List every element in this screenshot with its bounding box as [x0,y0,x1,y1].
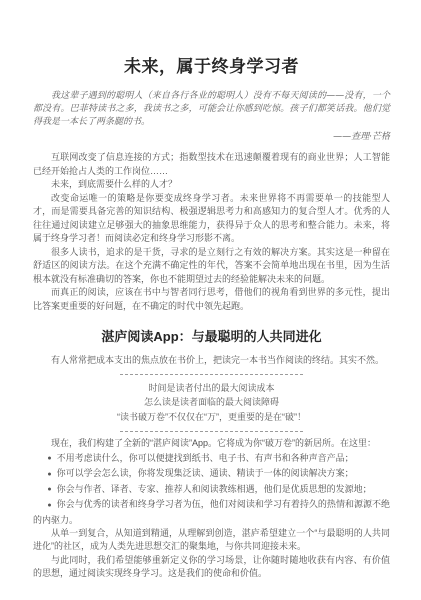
body-paragraph: 而真正的阅读，应该在书中与智者同行思考，借他们的视角看到世界的多元性，提出比答案… [33,286,390,313]
list-item-text: 你会与作者、译者、专家、推荐人和阅读教练相遇，他们是优质思想的发源地； [57,484,372,494]
section-lead-paragraph: 有人常常把成本支出的焦点放在书价上，把读完一本书当作阅读的终结。其实不然。 [33,354,390,368]
bullet-icon: ● [47,502,51,509]
slogan-line: “读书破万卷”不仅仅在“万”，更重要的是在“破”！ [33,410,390,425]
closing-paragraph: 与此同时，我们希望能够重新定义你的学习场景，让你随时随地收获有内容、有价值的思想… [33,554,390,581]
body-paragraph: 未来，到底需要什么样的人才？ [33,178,390,192]
section-intro-paragraph: 现在，我们构建了全新的“湛庐阅读”App。它将成为你“破万卷”的新居所。在这里： [33,437,390,451]
page-title: 未来，属于终身学习者 [33,52,390,77]
list-item-text: 不用考虑读什么，你可以便捷找到纸书、电子书、有声书和各种声音产品； [57,453,354,463]
bullet-icon: ● [47,486,51,493]
list-item: ●你可以学会怎么读，你将发现集泛读、通读、精读于一体的阅读解决方案； [33,466,390,482]
dashed-divider-bottom [120,431,303,432]
body-paragraph: 互联网改变了信息连接的方式；指数型技术在迅速颠覆着现有的商业世界；人工智能已经开… [33,151,390,178]
feature-bullet-list: ●不用考虑读什么，你可以便捷找到纸书、电子书、有声书和各种声音产品； ●你可以学… [33,451,390,527]
epigraph-quote: 我这辈子遇到的聪明人（来自各行各业的聪明人）没有不每天阅读的——没有，一个都没有… [33,90,390,129]
section-heading: 湛庐阅读App：与最聪明的人共同进化 [33,326,390,345]
slogan-line: 时间是读者付出的最大阅读成本 [33,381,390,396]
slogan-lines: 时间是读者付出的最大阅读成本 怎么读是读者面临的最大阅读障碍 “读书破万卷”不仅… [33,375,390,432]
list-item: ●你会与优秀的读者和终身学习者为伍，他们对阅读和学习有着持久的热情和源源不绝的内… [33,497,390,527]
body-paragraph: 很多人读书，追求的是干货，寻求的是立刻行之有效的解决方案。其实这是一种留在舒适区… [33,246,390,287]
slogan-line: 怎么读是读者面临的最大阅读障碍 [33,395,390,410]
list-item: ●你会与作者、译者、专家、推荐人和阅读教练相遇，他们是优质思想的发源地； [33,482,390,498]
closing-paragraph: 从单一到复合，从知道到精通，从理解到创造，湛庐希望建立一个“与最聪明的人共同进化… [33,527,390,554]
body-paragraph: 改变命运唯一的策略是你要变成终身学习者。未来世界将不再需要单一的技能型人才，而是… [33,192,390,246]
list-item-text: 你可以学会怎么读，你将发现集泛读、通读、精读于一体的阅读解决方案； [57,468,354,478]
bullet-icon: ● [47,471,51,478]
page-content: 未来，属于终身学习者 我这辈子遇到的聪明人（来自各行各业的聪明人）没有不每天阅读… [0,0,421,581]
book-preface-page: 未来，属于终身学习者 我这辈子遇到的聪明人（来自各行各业的聪明人）没有不每天阅读… [0,0,421,600]
list-item: ●不用考虑读什么，你可以便捷找到纸书、电子书、有声书和各种声音产品； [33,451,390,467]
epigraph-attribution: ——查理·芒格 [33,131,390,144]
list-item-text: 你会与优秀的读者和终身学习者为伍，他们对阅读和学习有着持久的热情和源源不绝的内驱… [33,499,390,525]
slogan-block: 时间是读者付出的最大阅读成本 怎么读是读者面临的最大阅读障碍 “读书破万卷”不仅… [33,374,390,433]
bullet-icon: ● [47,455,51,462]
